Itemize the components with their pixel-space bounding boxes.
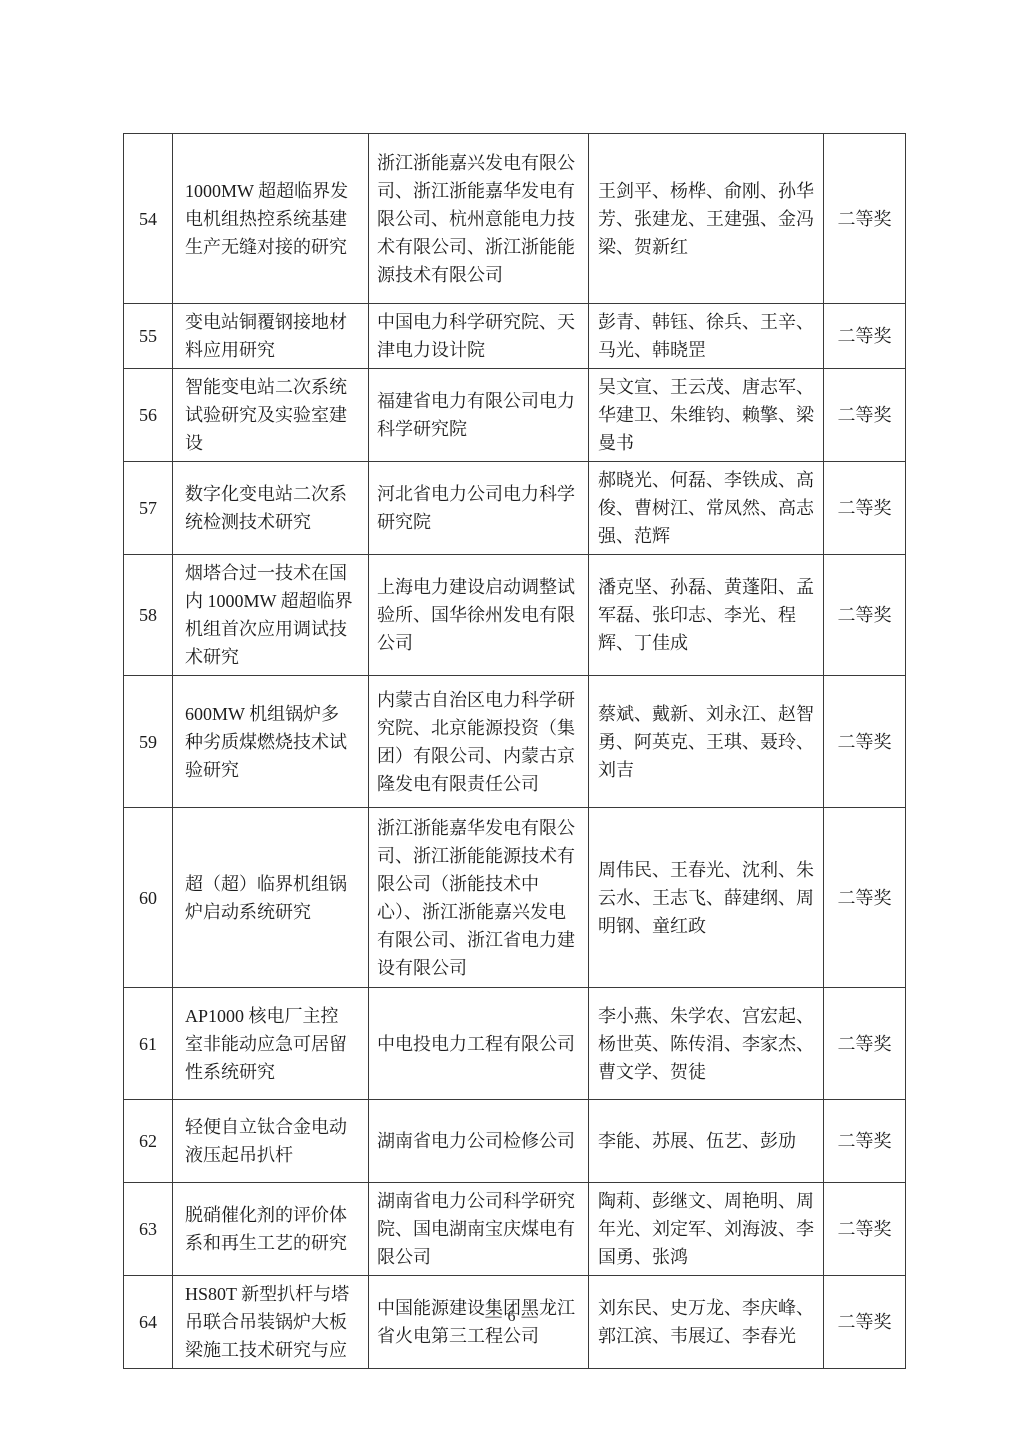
table-row: 57 数字化变电站二次系统检测技术研究 河北省电力公司电力科学研究院 郝晓光、何… (124, 462, 906, 555)
table-row: 62 轻便自立钛合金电动液压起吊扒杆 湖南省电力公司检修公司 李能、苏展、伍艺、… (124, 1100, 906, 1183)
table-row: 60 超（超）临界机组锅炉启动系统研究 浙江浙能嘉华发电有限公司、浙江浙能能源技… (124, 808, 906, 988)
cell-serial: 60 (124, 808, 173, 988)
cell-project: 变电站铜覆钢接地材料应用研究 (173, 304, 369, 369)
table-row: 61 AP1000 核电厂主控室非能动应急可居留性系统研究 中电投电力工程有限公… (124, 988, 906, 1100)
cell-winners: 周伟民、王春光、沈利、朱云水、王志飞、薛建纲、周明钢、童红政 (589, 808, 824, 988)
cell-project: 600MW 机组锅炉多种劣质煤燃烧技术试验研究 (173, 676, 369, 808)
cell-award: 二等奖 (824, 304, 906, 369)
cell-award: 二等奖 (824, 808, 906, 988)
cell-award: 二等奖 (824, 676, 906, 808)
cell-winners: 陶莉、彭继文、周艳明、周年光、刘定军、刘海波、李国勇、张鸿 (589, 1183, 824, 1276)
table-row: 58 烟塔合过一技术在国内 1000MW 超超临界机组首次应用调试技术研究 上海… (124, 555, 906, 676)
cell-winners: 潘克坚、孙磊、黄蓬阳、孟军磊、张印志、李光、程辉、丁佳成 (589, 555, 824, 676)
table-row: 55 变电站铜覆钢接地材料应用研究 中国电力科学研究院、天津电力设计院 彭青、韩… (124, 304, 906, 369)
cell-award: 二等奖 (824, 462, 906, 555)
cell-winners: 蔡斌、戴新、刘永江、赵智勇、阿英克、王琪、聂玲、刘吉 (589, 676, 824, 808)
cell-award: 二等奖 (824, 1100, 906, 1183)
cell-award: 二等奖 (824, 988, 906, 1100)
cell-project: AP1000 核电厂主控室非能动应急可居留性系统研究 (173, 988, 369, 1100)
cell-project: 脱硝催化剂的评价体系和再生工艺的研究 (173, 1183, 369, 1276)
table-row: 59 600MW 机组锅炉多种劣质煤燃烧技术试验研究 内蒙古自治区电力科学研究院… (124, 676, 906, 808)
cell-serial: 61 (124, 988, 173, 1100)
cell-organizations: 福建省电力有限公司电力科学研究院 (369, 369, 589, 462)
document-page: 54 1000MW 超超临界发电机组热控系统基建生产无缝对接的研究 浙江浙能嘉兴… (0, 0, 1024, 1448)
cell-organizations: 湖南省电力公司检修公司 (369, 1100, 589, 1183)
cell-serial: 58 (124, 555, 173, 676)
cell-project: 烟塔合过一技术在国内 1000MW 超超临界机组首次应用调试技术研究 (173, 555, 369, 676)
cell-organizations: 中电投电力工程有限公司 (369, 988, 589, 1100)
cell-project: 轻便自立钛合金电动液压起吊扒杆 (173, 1100, 369, 1183)
cell-serial: 63 (124, 1183, 173, 1276)
cell-serial: 56 (124, 369, 173, 462)
cell-winners: 李能、苏展、伍艺、彭劢 (589, 1100, 824, 1183)
cell-award: 二等奖 (824, 1183, 906, 1276)
cell-winners: 郝晓光、何磊、李铁成、高俊、曹树江、常凤然、高志强、范辉 (589, 462, 824, 555)
cell-serial: 55 (124, 304, 173, 369)
cell-organizations: 浙江浙能嘉华发电有限公司、浙江浙能能源技术有限公司（浙能技术中心）、浙江浙能嘉兴… (369, 808, 589, 988)
cell-organizations: 上海电力建设启动调整试验所、国华徐州发电有限公司 (369, 555, 589, 676)
cell-award: 二等奖 (824, 555, 906, 676)
cell-project: 超（超）临界机组锅炉启动系统研究 (173, 808, 369, 988)
table-row: 56 智能变电站二次系统试验研究及实验室建设 福建省电力有限公司电力科学研究院 … (124, 369, 906, 462)
cell-serial: 54 (124, 134, 173, 304)
cell-award: 二等奖 (824, 134, 906, 304)
cell-project: 1000MW 超超临界发电机组热控系统基建生产无缝对接的研究 (173, 134, 369, 304)
cell-organizations: 内蒙古自治区电力科学研究院、北京能源投资（集团）有限公司、内蒙古京隆发电有限责任… (369, 676, 589, 808)
table-row: 54 1000MW 超超临界发电机组热控系统基建生产无缝对接的研究 浙江浙能嘉兴… (124, 134, 906, 304)
award-results-table: 54 1000MW 超超临界发电机组热控系统基建生产无缝对接的研究 浙江浙能嘉兴… (123, 133, 906, 1369)
cell-serial: 59 (124, 676, 173, 808)
cell-serial: 62 (124, 1100, 173, 1183)
page-number: — 6 — (0, 1308, 1024, 1326)
cell-winners: 吴文宣、王云茂、唐志军、华建卫、朱维钧、赖擎、梁曼书 (589, 369, 824, 462)
cell-organizations: 中国电力科学研究院、天津电力设计院 (369, 304, 589, 369)
cell-organizations: 浙江浙能嘉兴发电有限公司、浙江浙能嘉华发电有限公司、杭州意能电力技术有限公司、浙… (369, 134, 589, 304)
cell-winners: 王剑平、杨桦、俞刚、孙华芳、张建龙、王建强、金冯梁、贺新红 (589, 134, 824, 304)
cell-winners: 李小燕、朱学农、宫宏起、杨世英、陈传涓、李家杰、曹文学、贺徒 (589, 988, 824, 1100)
table-row: 63 脱硝催化剂的评价体系和再生工艺的研究 湖南省电力公司科学研究院、国电湖南宝… (124, 1183, 906, 1276)
cell-project: 数字化变电站二次系统检测技术研究 (173, 462, 369, 555)
cell-serial: 57 (124, 462, 173, 555)
cell-organizations: 湖南省电力公司科学研究院、国电湖南宝庆煤电有限公司 (369, 1183, 589, 1276)
cell-winners: 彭青、韩钰、徐兵、王辛、马光、韩晓罡 (589, 304, 824, 369)
cell-organizations: 河北省电力公司电力科学研究院 (369, 462, 589, 555)
cell-award: 二等奖 (824, 369, 906, 462)
cell-project: 智能变电站二次系统试验研究及实验室建设 (173, 369, 369, 462)
